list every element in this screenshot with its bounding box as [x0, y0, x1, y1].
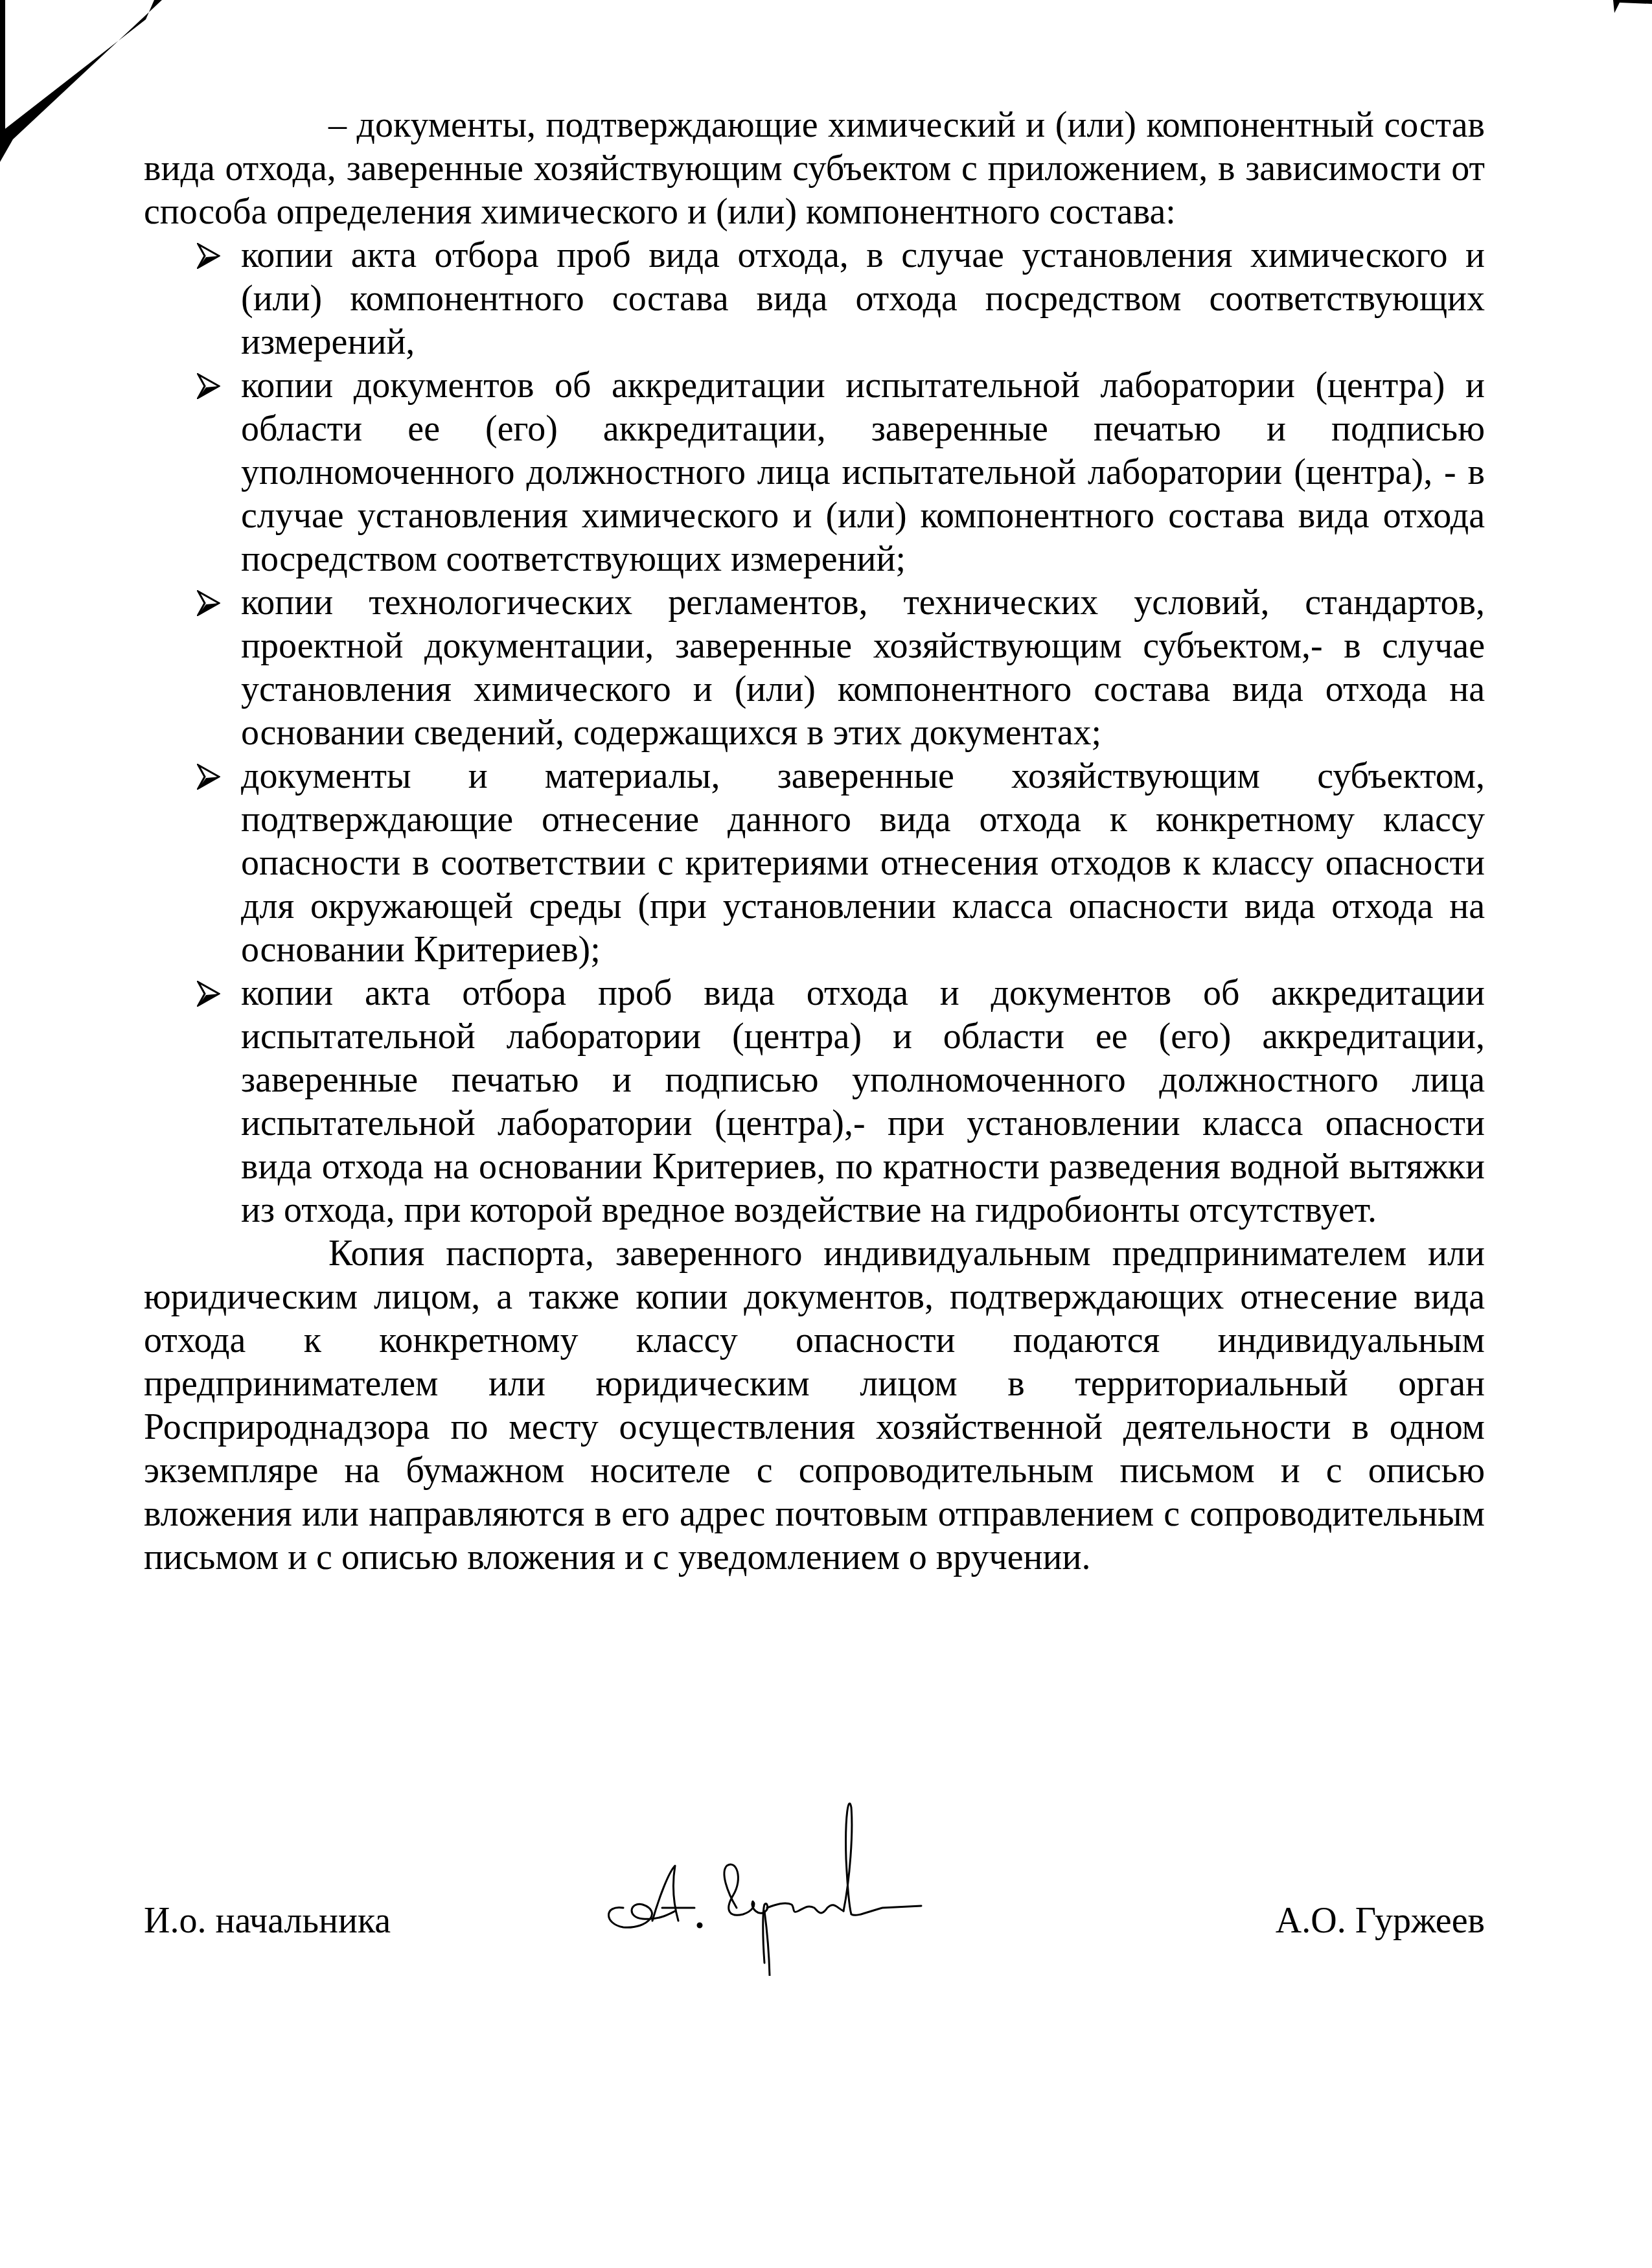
list-item: копии технологических регламентов, техни… [144, 581, 1485, 755]
list-item: копии документов об аккредитации испытат… [144, 364, 1485, 581]
list-item: копии акта отбора проб вида отхода и док… [144, 972, 1485, 1232]
arrowhead-bullet-icon [197, 981, 220, 1007]
document-body: – документы, подтверждающие химический и… [144, 104, 1485, 1579]
arrowhead-bullet-icon [197, 590, 220, 616]
handwritten-signature-icon [597, 1781, 934, 1976]
scan-edge-mark [1613, 0, 1652, 19]
list-item-text: копии технологических регламентов, техни… [241, 582, 1485, 753]
closing-paragraph: Копия паспорта, заверенного индивидуальн… [144, 1232, 1485, 1579]
scan-corner-mark [0, 0, 168, 168]
list-item: копии акта отбора проб вида отхода, в сл… [144, 234, 1485, 364]
signatory-name: А.О. Гуржеев [1276, 1900, 1485, 1942]
list-item-text: копии документов об аккредитации испытат… [241, 365, 1485, 579]
list-item-text: копии акта отбора проб вида отхода и док… [241, 973, 1485, 1230]
list-item-text: документы и материалы, заверенные хозяйс… [241, 756, 1485, 970]
arrowhead-bullet-icon [197, 373, 220, 399]
signature-block: И.о. начальника А.О. Гуржеев [144, 1814, 1485, 1943]
arrowhead-bullet-icon [197, 243, 220, 269]
signatory-role: И.о. начальника [144, 1900, 391, 1942]
requirements-list: копии акта отбора проб вида отхода, в сл… [144, 234, 1485, 1232]
arrowhead-bullet-icon [197, 764, 220, 790]
list-item: документы и материалы, заверенные хозяйс… [144, 755, 1485, 972]
intro-paragraph: – документы, подтверждающие химический и… [144, 104, 1485, 234]
list-item-text: копии акта отбора проб вида отхода, в сл… [241, 235, 1485, 362]
